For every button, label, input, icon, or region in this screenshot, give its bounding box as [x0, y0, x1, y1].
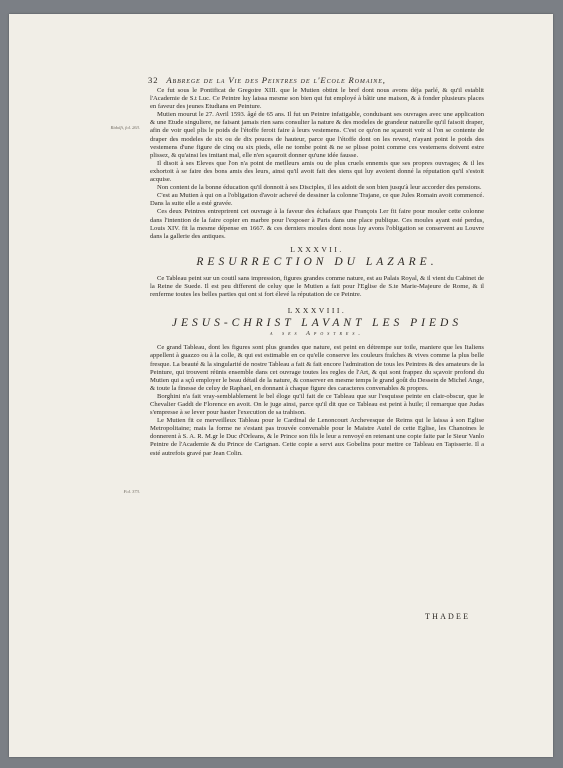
paragraph: Non content de la bonne éducation qu'il …: [150, 184, 484, 192]
body-text: Ce fut sous le Pontificat de Gregoire XI…: [150, 87, 484, 458]
paragraph: Ce grand Tableau, dont les figures sont …: [150, 344, 484, 393]
catchword: THADEE: [425, 612, 470, 621]
paragraph: C'est au Mutien à qui on a l'obligation …: [150, 192, 484, 208]
section-numeral: LXXXVII.: [150, 246, 484, 254]
section-subtitle: a ses Apostres.: [150, 330, 484, 338]
page-number: 32: [148, 75, 158, 85]
paragraph: Il disoit à ses Eleves que l'on n'a poin…: [150, 160, 484, 184]
paragraph: Le Mutien fit ce merveilleux Tableau pou…: [150, 417, 484, 457]
margin-note-ridolfi: Ridolfi, fol. 263.: [104, 125, 140, 130]
paragraph: Ces deux Peintres entreprirent cet ouvra…: [150, 208, 484, 240]
margin-note-borghini: Fol. 373.: [104, 489, 140, 494]
paragraph: Borghini n'a fait vray-semblablement le …: [150, 393, 484, 417]
section-numeral: LXXXVIII.: [150, 307, 484, 315]
paragraph: Ce Tableau peint sur un coutil sans impr…: [150, 275, 484, 299]
section-title: JESUS-CHRIST LAVANT LES PIEDS: [150, 317, 484, 330]
running-head: 32Abbrege de la Vie des Peintres de l'Ec…: [148, 75, 488, 85]
paragraph: Mutien mourut le 27. Avril 1593. âgé de …: [150, 111, 484, 160]
paragraph: Ce fut sous le Pontificat de Gregoire XI…: [150, 87, 484, 111]
section-title: RESURRECTION DU LAZARE.: [150, 256, 484, 269]
running-head-title: Abbrege de la Vie des Peintres de l'Ecol…: [166, 75, 385, 85]
